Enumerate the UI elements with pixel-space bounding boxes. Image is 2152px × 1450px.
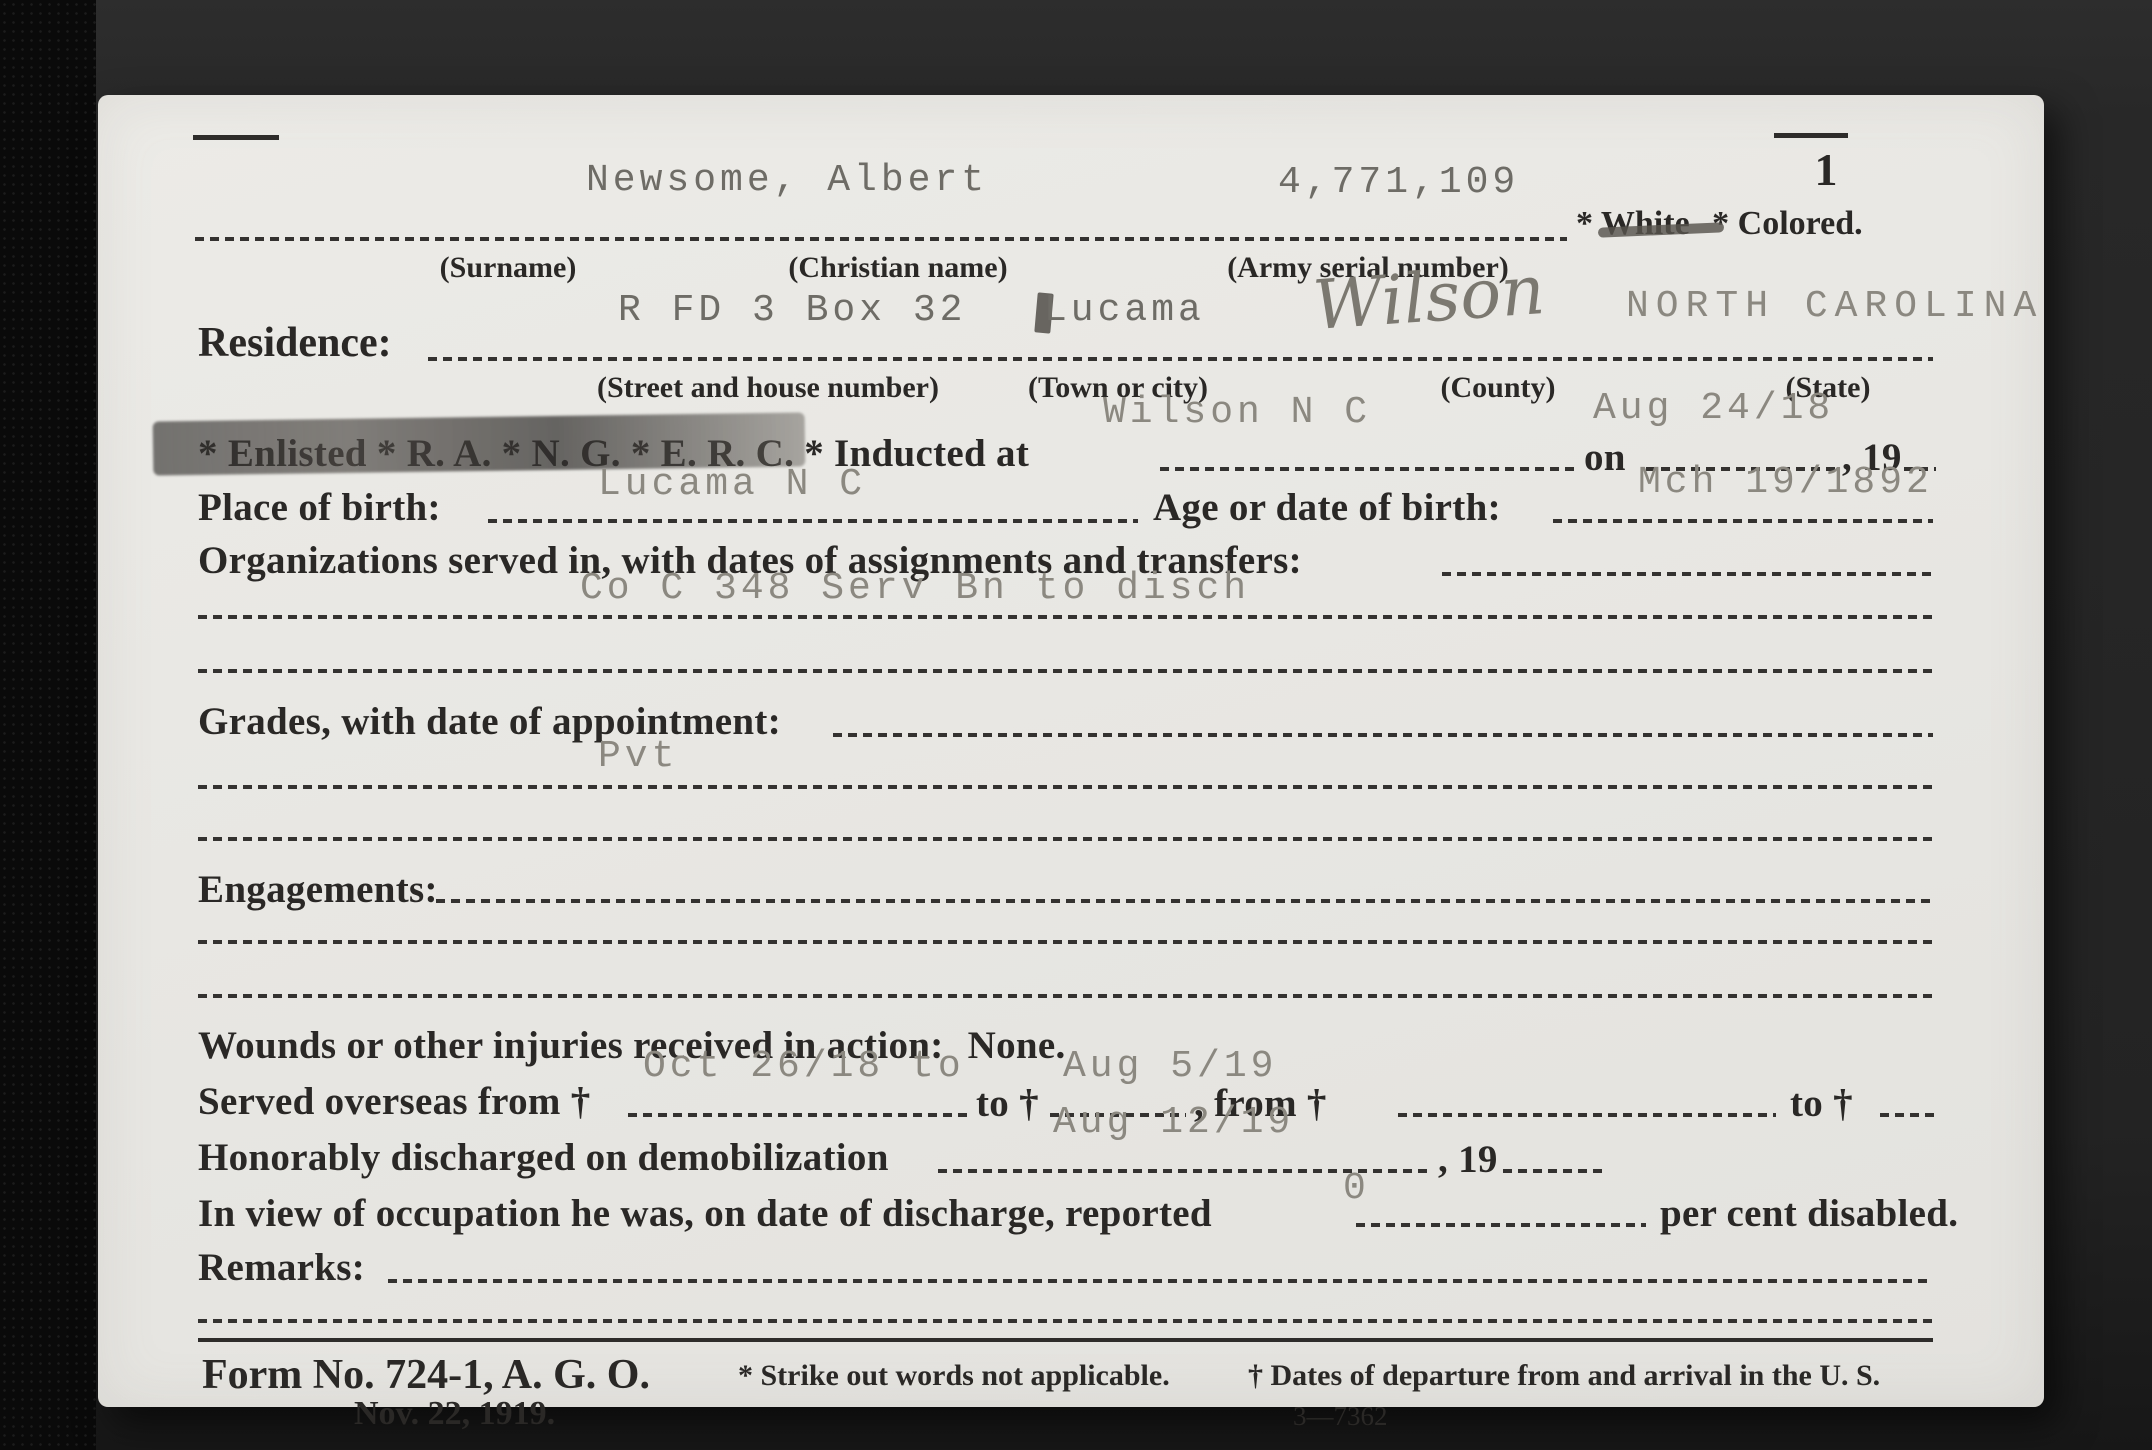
soldier-name-typed: Newsome, Albert <box>586 159 988 202</box>
dotted-rule <box>198 615 1933 619</box>
dotted-rule <box>198 669 1933 673</box>
dotted-rule <box>1160 467 1576 471</box>
race-line: * White * Colored. <box>1576 205 1863 243</box>
overseas-to2-label: to † <box>1790 1081 1853 1126</box>
discharge-date-typed: Aug 12/19 <box>1053 1101 1294 1144</box>
race-white-wrap: * White <box>1576 205 1690 243</box>
county-label: (County) <box>1378 371 1618 405</box>
discharged-label: Honorably discharged on demobilization <box>198 1135 889 1180</box>
county-handwritten: Wilson <box>1311 251 1548 346</box>
organization-typed: Co C 348 Serv Bn to disch <box>580 567 1250 610</box>
place-of-birth-label: Place of birth: <box>198 485 441 530</box>
street-label: (Street and house number) <box>558 371 978 405</box>
dotted-rule <box>198 837 1933 841</box>
remarks-label: Remarks: <box>198 1245 365 1290</box>
disability-label: In view of occupation he was, on date of… <box>198 1191 1212 1236</box>
dotted-rule <box>198 1319 1933 1323</box>
page-number-overline <box>1774 133 1848 138</box>
footer-solid-rule <box>198 1338 1933 1342</box>
surname-label: (Surname) <box>398 251 618 285</box>
discharge-year-19-label: , 19 <box>1438 1137 1498 1182</box>
date-of-birth-typed: Mch 19/1892 <box>1638 461 1933 504</box>
dotted-rule <box>1398 1113 1776 1117</box>
strike-out-note: * Strike out words not applicable. <box>738 1359 1170 1393</box>
grade-typed: Pvt <box>598 735 678 778</box>
dotted-rule <box>1503 1169 1608 1173</box>
dotted-rule <box>388 1279 1933 1283</box>
form-number: Form No. 724-1, A. G. O. <box>202 1351 650 1399</box>
dagger-note: † Dates of departure from and arrival in… <box>1248 1359 1880 1393</box>
page-number: 1 <box>1784 143 1868 196</box>
dotted-rule <box>198 994 1933 998</box>
dotted-rule <box>198 940 1933 944</box>
place-of-birth-typed: Lucama N C <box>598 463 866 506</box>
dotted-rule <box>488 519 1138 523</box>
engagements-label: Engagements: <box>198 867 438 912</box>
inducted-date-typed: Aug 24/18 <box>1593 387 1834 430</box>
grades-label: Grades, with date of appointment: <box>198 699 781 744</box>
state-typed: NORTH CAROLINA <box>1626 285 2043 328</box>
dotted-rule <box>833 733 1933 737</box>
residence-label: Residence: <box>198 319 392 367</box>
inducted-place-typed: Wilson N C <box>1103 391 1371 434</box>
top-left-tally-mark <box>193 135 279 140</box>
town-typed: Lucama <box>1044 289 1205 332</box>
dotted-rule <box>1880 1113 1935 1117</box>
dotted-rule <box>628 1113 968 1117</box>
on-label: on <box>1584 435 1626 480</box>
wounds-value: None. <box>968 1024 1066 1067</box>
army-serial-number-typed: 4,771,109 <box>1278 161 1519 204</box>
dotted-rule <box>1356 1223 1646 1227</box>
dotted-rule <box>1553 519 1933 523</box>
scanned-document-photo: 1 Newsome, Albert 4,771,109 * White * Co… <box>0 0 2152 1450</box>
age-or-date-of-birth-label: Age or date of birth: <box>1153 485 1501 530</box>
form-date: Nov. 22, 1919. <box>354 1395 555 1433</box>
print-code: 3—7362 <box>1293 1401 1388 1432</box>
dotted-rule <box>436 899 1933 903</box>
dotted-rule <box>428 357 1933 361</box>
race-colored-label: * Colored. <box>1712 205 1862 242</box>
dotted-rule <box>1442 572 1933 576</box>
street-typed: R FD 3 Box 32 <box>618 289 966 332</box>
dotted-rule <box>198 785 1933 789</box>
overseas-from-date-typed: Oct 26/18 to <box>643 1045 965 1088</box>
overseas-to-label: to † <box>976 1081 1039 1126</box>
film-edge-strip <box>0 0 96 1450</box>
percent-disabled-typed: 0 <box>1343 1167 1370 1210</box>
percent-disabled-label: per cent disabled. <box>1660 1191 1958 1236</box>
christian-name-label: (Christian name) <box>748 251 1048 285</box>
dotted-rule <box>195 237 1567 241</box>
service-record-card: 1 Newsome, Albert 4,771,109 * White * Co… <box>98 95 2044 1407</box>
served-overseas-label: Served overseas from † <box>198 1079 591 1124</box>
